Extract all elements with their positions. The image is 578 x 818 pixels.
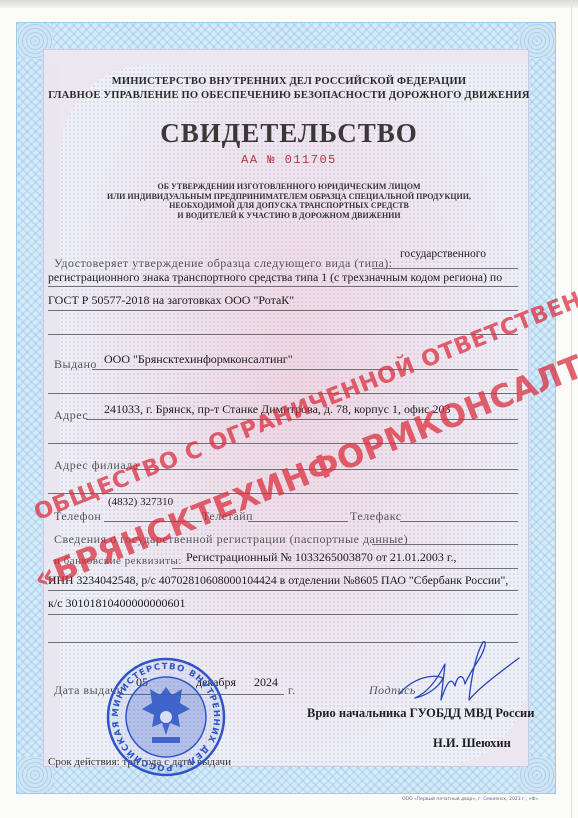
certifies-value-line2: регистрационного знака транспортного сре… <box>48 270 502 285</box>
field-rule <box>48 614 518 615</box>
field-rule <box>48 286 518 287</box>
address-label: Адрес <box>54 408 88 423</box>
certifies-value-line3: ГОСТ Р 50577-2018 на заготовках ООО "Рот… <box>48 293 294 308</box>
phone-label: Телефон <box>54 509 101 524</box>
registration-label: Сведения о государственной регистрации (… <box>54 532 408 547</box>
field-rule <box>48 334 518 335</box>
teletype-label: Телетайп <box>202 509 253 524</box>
field-rule <box>172 568 518 569</box>
branch-address-label: Адрес филиала <box>54 458 139 473</box>
field-rule <box>48 590 518 591</box>
official-seal: МИНИСТЕРСТВО ВНУТРЕННИХ ДЕЛ • РОССИЙСКАЯ… <box>104 655 228 779</box>
document-title: СВИДЕТЕЛЬСТВО <box>0 118 578 149</box>
fax-label: Телефакс <box>350 509 402 524</box>
phone-value: (4832) 327310 <box>108 496 173 508</box>
field-rule <box>92 369 518 370</box>
issue-year: 2024 <box>254 675 278 690</box>
field-rule <box>134 469 518 470</box>
bank-details-label: и банковские реквизиты: <box>54 555 182 567</box>
certificate-content: МИНИСТЕРСТВО ВНУТРЕННИХ ДЕЛ РОССИЙСКОЙ Ф… <box>0 0 578 818</box>
field-rule <box>48 393 518 394</box>
year-suffix: г. <box>288 683 296 698</box>
signer-name: Н.И. Шеюхин <box>433 736 511 751</box>
certifies-value: государственного <box>400 248 486 260</box>
department-heading: ГЛАВНОЕ УПРАВЛЕНИЕ ПО ОБЕСПЕЧЕНИЮ БЕЗОПА… <box>0 90 578 101</box>
signer-title: Врио начальника ГУОБДД МВД России <box>307 706 534 721</box>
address-value: 241033, г. Брянск, пр-т Станке Димитрова… <box>104 402 451 417</box>
signature-mark <box>395 636 525 706</box>
issued-to-value: ООО "Брянсктехинформконсалтинг" <box>104 352 293 367</box>
correspondent-account-value: к/с 30101810400000000601 <box>48 596 186 611</box>
bank-details-value: ИНН 3234042548, р/с 40702810608000104424… <box>48 573 508 588</box>
serial-number: АА № 011705 <box>0 153 578 167</box>
printer-imprint: ООО «Первый печатный двор», г. Смоленск,… <box>402 797 539 802</box>
field-rule <box>372 544 518 545</box>
field-rule <box>400 521 518 522</box>
field-rule <box>372 268 518 269</box>
field-rule <box>48 310 518 311</box>
issued-to-label: Выдано <box>54 357 97 372</box>
field-rule <box>104 521 202 522</box>
field-rule <box>48 443 518 444</box>
registration-number-value: Регистрационный № 1033265003870 от 21.01… <box>186 550 457 565</box>
ministry-heading: МИНИСТЕРСТВО ВНУТРЕННИХ ДЕЛ РОССИЙСКОЙ Ф… <box>0 76 578 87</box>
purpose-statement: ОБ УТВЕРЖДЕНИИ ИЗГОТОВЛЕННОГО ЮРИДИЧЕСКИ… <box>0 182 578 220</box>
field-rule <box>248 521 348 522</box>
certifies-label: Удостоверяет утверждение образца следующ… <box>54 256 393 271</box>
field-rule <box>86 419 518 420</box>
field-rule <box>48 493 518 494</box>
